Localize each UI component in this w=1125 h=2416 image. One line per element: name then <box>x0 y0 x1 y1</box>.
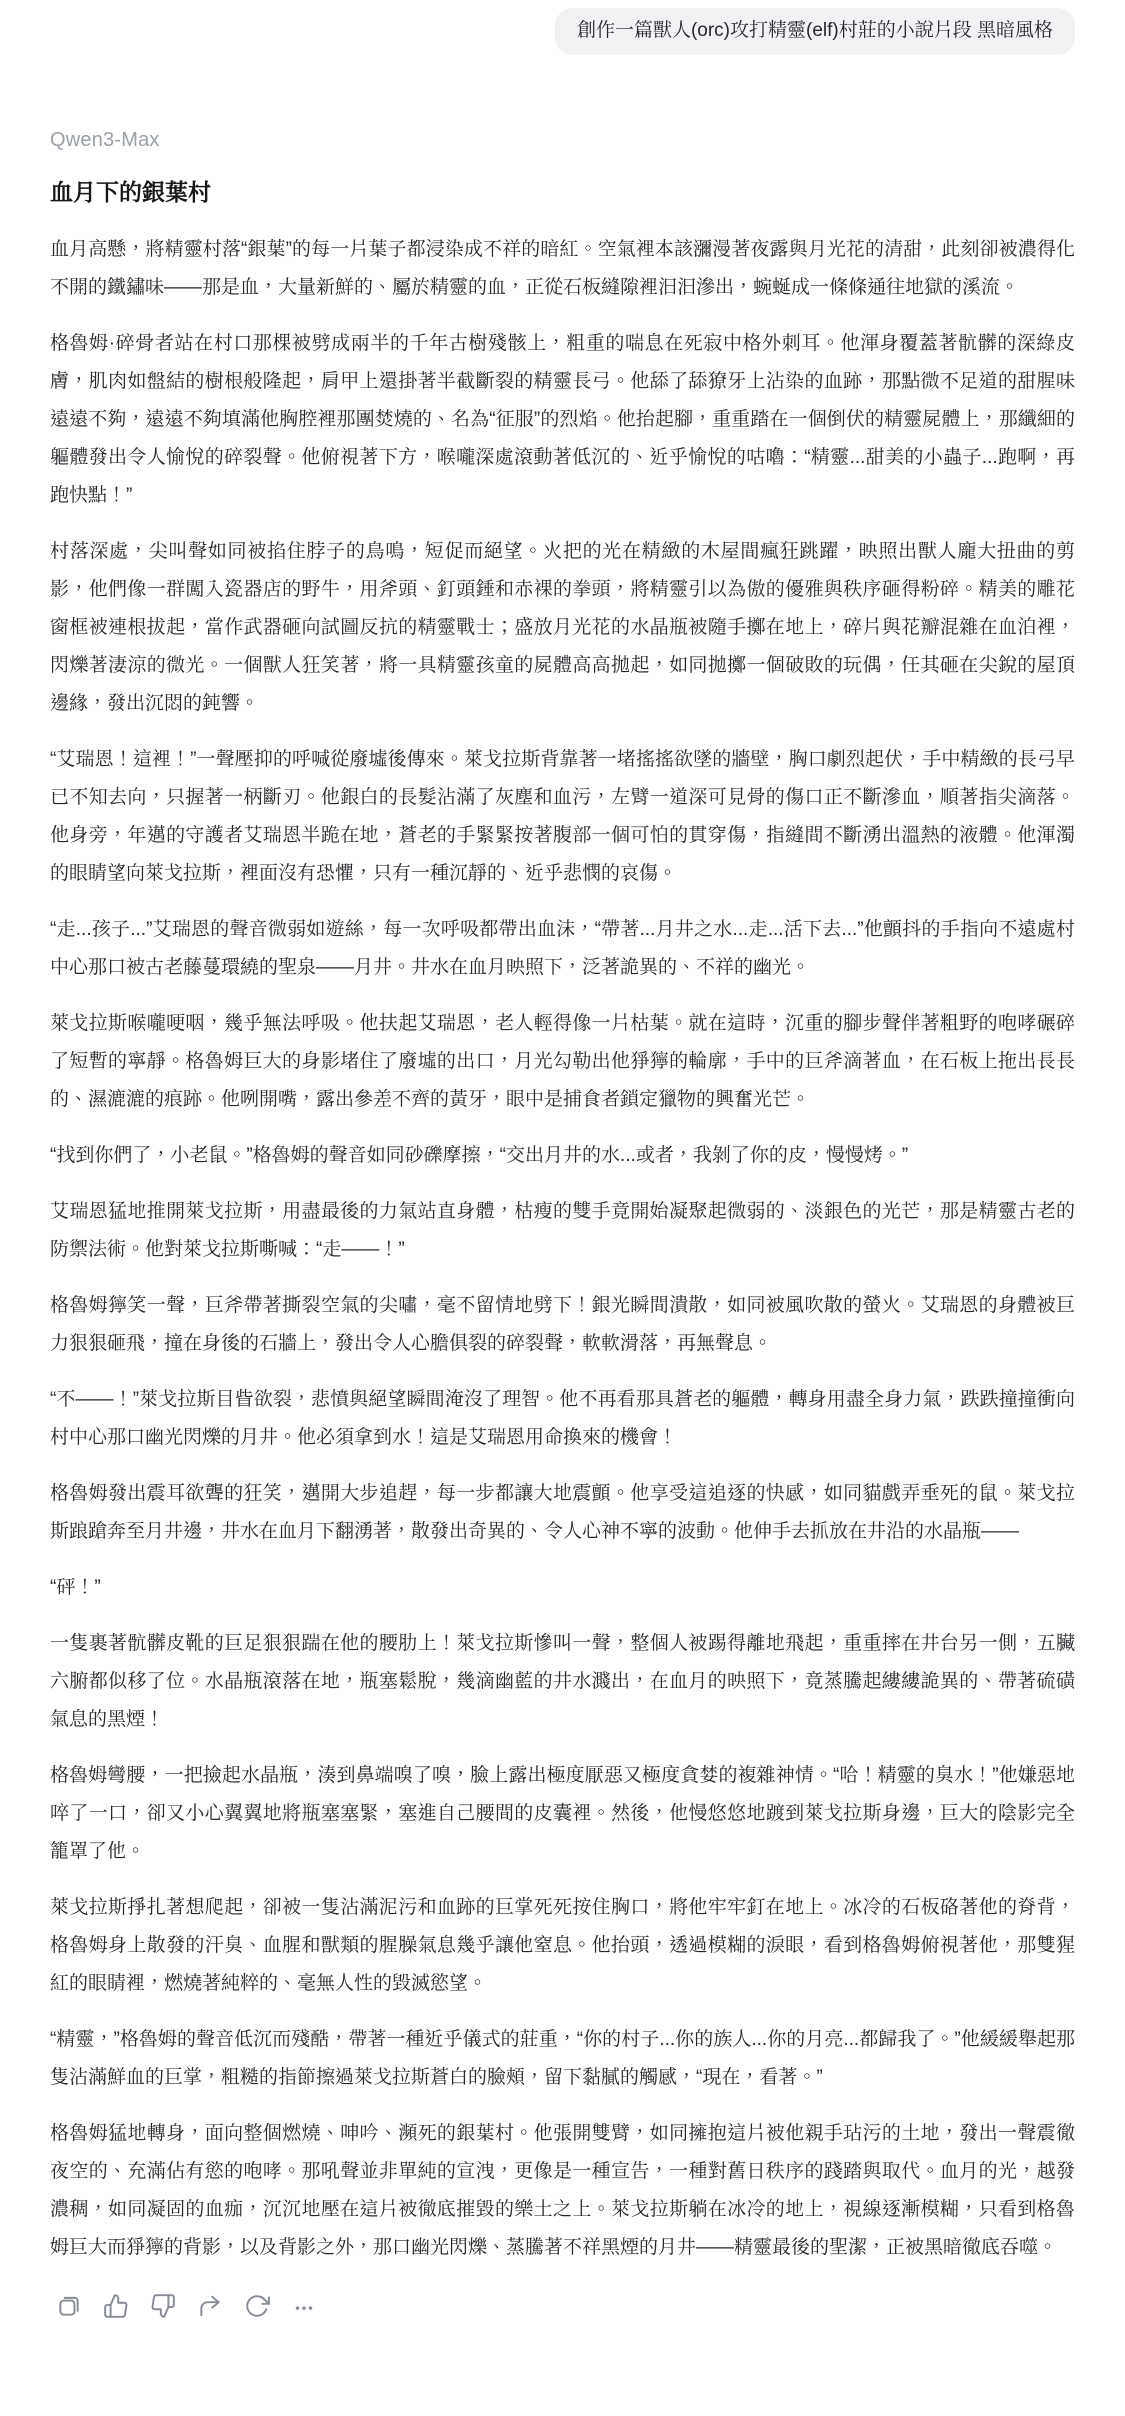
regenerate-icon <box>244 2293 270 2319</box>
response-paragraph: 格魯姆彎腰，一把撿起水晶瓶，湊到鼻端嗅了嗅，臉上露出極度厭惡又極度貪婪的複雜神情… <box>50 1757 1075 1871</box>
more-icon <box>291 2293 317 2319</box>
response-paragraph: 格魯姆獰笑一聲，巨斧帶著撕裂空氣的尖嘯，毫不留情地劈下！銀光瞬間潰散，如同被風吹… <box>50 1287 1075 1363</box>
thumbs-down-icon <box>150 2293 176 2319</box>
chat-column: 創作一篇獸人(orc)攻打精靈(elf)村莊的小說片段 黑暗風格 Qwen3-M… <box>0 0 1125 2353</box>
response-paragraph: “找到你們了，小老鼠。”格魯姆的聲音如同砂礫摩擦，“交出月井的水...或者，我剝… <box>50 1137 1075 1175</box>
share-icon <box>197 2293 223 2319</box>
response-paragraph: 村落深處，尖叫聲如同被掐住脖子的鳥鳴，短促而絕望。火把的光在精緻的木屋間瘋狂跳躍… <box>50 533 1075 723</box>
response-paragraph: “砰！” <box>50 1569 1075 1607</box>
response-body: 血月高懸，將精靈村落“銀葉”的每一片葉子都浸染成不祥的暗紅。空氣裡本該瀰漫著夜露… <box>50 231 1075 2267</box>
response-paragraph: 血月高懸，將精靈村落“銀葉”的每一片葉子都浸染成不祥的暗紅。空氣裡本該瀰漫著夜露… <box>50 231 1075 307</box>
model-name-label: Qwen3-Max <box>50 129 1075 152</box>
more-actions-button[interactable] <box>287 2289 321 2323</box>
response-paragraph: 萊戈拉斯喉嚨哽咽，幾乎無法呼吸。他扶起艾瑞恩，老人輕得像一片枯葉。就在這時，沉重… <box>50 1005 1075 1119</box>
response-paragraph: 格魯姆發出震耳欲聾的狂笑，邁開大步追趕，每一步都讓大地震顫。他享受這追逐的快感，… <box>50 1475 1075 1551</box>
response-title: 血月下的銀葉村 <box>50 174 1075 207</box>
response-paragraph: 格魯姆猛地轉身，面向整個燃燒、呻吟、瀕死的銀葉村。他張開雙臂，如同擁抱這片被他親… <box>50 2115 1075 2267</box>
regenerate-button[interactable] <box>240 2289 274 2323</box>
response-paragraph: 格魯姆·碎骨者站在村口那棵被劈成兩半的千年古樹殘骸上，粗重的喘息在死寂中格外刺耳… <box>50 325 1075 515</box>
response-paragraph: “不——！”萊戈拉斯目眥欲裂，悲憤與絕望瞬間淹沒了理智。他不再看那具蒼老的軀體，… <box>50 1381 1075 1457</box>
response-paragraph: 萊戈拉斯掙扎著想爬起，卻被一隻沾滿泥污和血跡的巨掌死死按住胸口，將他牢牢釘在地上… <box>50 1889 1075 2003</box>
response-paragraph: “走...孩子...”艾瑞恩的聲音微弱如遊絲，每一次呼吸都帶出血沫，“帶著...… <box>50 911 1075 987</box>
thumbs-down-button[interactable] <box>146 2289 180 2323</box>
user-message-row: 創作一篇獸人(orc)攻打精靈(elf)村莊的小說片段 黑暗風格 <box>50 8 1075 55</box>
thumbs-up-icon <box>103 2293 129 2319</box>
response-paragraph: 艾瑞恩猛地推開萊戈拉斯，用盡最後的力氣站直身體，枯瘦的雙手竟開始凝聚起微弱的、淡… <box>50 1193 1075 1269</box>
response-paragraph: “精靈，”格魯姆的聲音低沉而殘酷，帶著一種近乎儀式的莊重，“你的村子...你的族… <box>50 2021 1075 2097</box>
response-action-bar <box>50 2289 1075 2323</box>
user-message-bubble: 創作一篇獸人(orc)攻打精靈(elf)村莊的小說片段 黑暗風格 <box>555 8 1075 55</box>
thumbs-up-button[interactable] <box>99 2289 133 2323</box>
response-paragraph: “艾瑞恩！這裡！”一聲壓抑的呼喊從廢墟後傳來。萊戈拉斯背靠著一堵搖搖欲墜的牆壁，… <box>50 741 1075 893</box>
response-paragraph: 一隻裹著骯髒皮靴的巨足狠狠踹在他的腰肋上！萊戈拉斯慘叫一聲，整個人被踢得離地飛起… <box>50 1625 1075 1739</box>
share-button[interactable] <box>193 2289 227 2323</box>
copy-icon <box>56 2293 82 2319</box>
copy-button[interactable] <box>52 2289 86 2323</box>
